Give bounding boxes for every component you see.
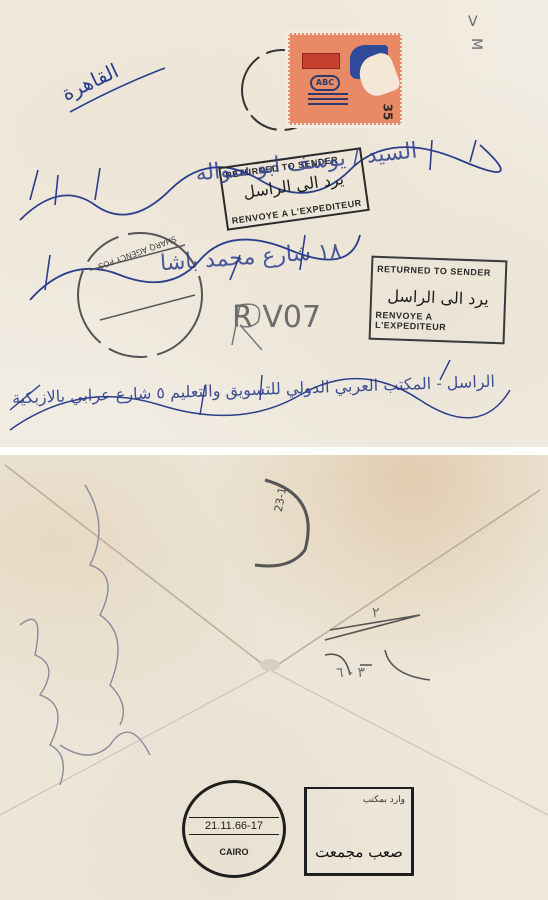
postage-stamp: ABC 35 <box>288 33 402 125</box>
stamp-script-lines <box>308 93 348 95</box>
envelope-front: القاهرة V M ABC 35 RETURNED TO SENDER ير… <box>0 0 548 447</box>
stamp-value: 35 <box>381 104 395 121</box>
return-arabic-label: يرد الى الراسل <box>372 286 505 310</box>
returned-to-sender-stamp-2: RETURNED TO SENDER يرد الى الراسل RENVOY… <box>369 256 508 345</box>
stamp-ticket-graphic <box>302 53 340 69</box>
received-box-bottom-text: صعب مجمعت <box>307 843 411 861</box>
pencil-note-top: ٢ <box>372 605 380 621</box>
received-box-top-text: وارد بمكتب <box>363 795 405 805</box>
postmark-city: CAIRO <box>185 847 283 857</box>
stamp-emblem: ABC <box>310 75 340 91</box>
cairo-postmark: 21.11.66-17 CAIRO <box>182 780 286 878</box>
pencil-reference-note: R V07 <box>232 300 321 335</box>
received-box-stamp: وارد بمكتب صعب مجمعت <box>304 787 414 876</box>
pencil-note-bottom: ٣ - ٦ <box>336 665 365 681</box>
pencil-mark-v: V <box>468 14 478 30</box>
postmark-date: 21.11.66-17 <box>189 817 279 835</box>
pencil-mark-m: M <box>468 38 484 50</box>
returned-label: RETURNED TO SENDER <box>377 264 491 278</box>
renvoye-label: RENVOYE A L'EXPEDITEUR <box>375 310 504 334</box>
